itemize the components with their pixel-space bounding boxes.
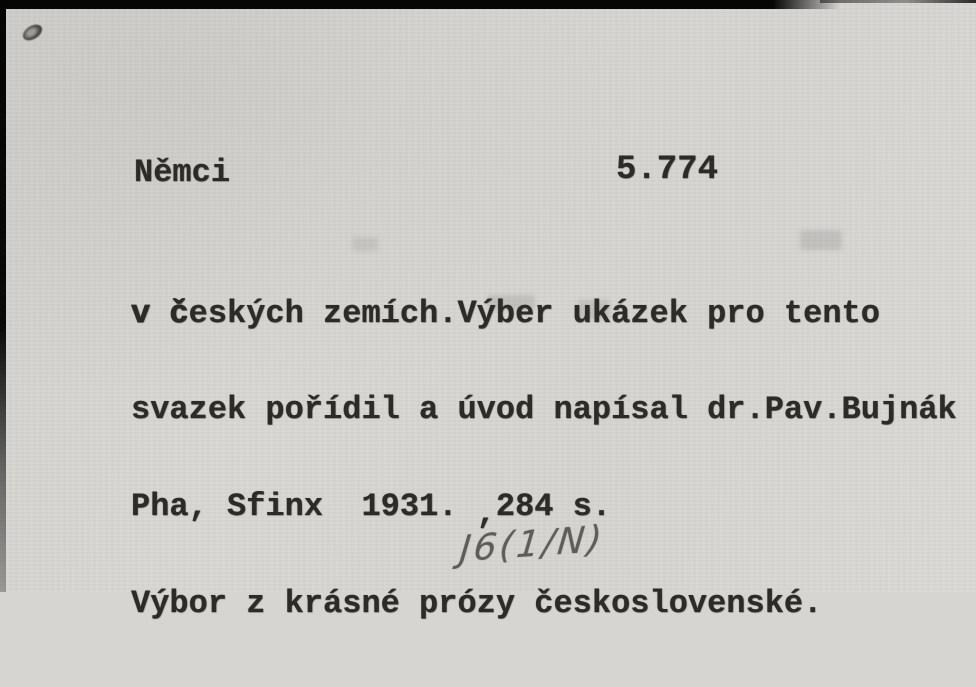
overstruck-text: v č [131,295,189,332]
body-line-4: Výbor z krásné prózy československé. [131,588,957,592]
body-line-2: svazek pořídil a úvod napísal dr.Pav.Buj… [131,394,957,426]
call-number: 5.774 [616,152,718,188]
scan-edge-top-thin [820,0,976,3]
scan-edge-top [0,0,840,9]
body-line-3: Pha, Sfinx 1931. ,284 s. [131,491,957,523]
catalog-card: Němci 5.774 v českých zemích.Výber ukáze… [0,0,976,592]
card-heading: Němci [134,156,230,190]
body-line-1: v českých zemích.Výber ukázek pro tento [131,298,957,330]
body-line-1-rest: eských zemích.Výber ukázek pro tento [189,295,880,332]
body-line-3-prefix: Pha, Sfinx 1931. [131,488,477,525]
punch-hole-smudge [20,21,45,43]
scan-edge-left [0,0,6,592]
